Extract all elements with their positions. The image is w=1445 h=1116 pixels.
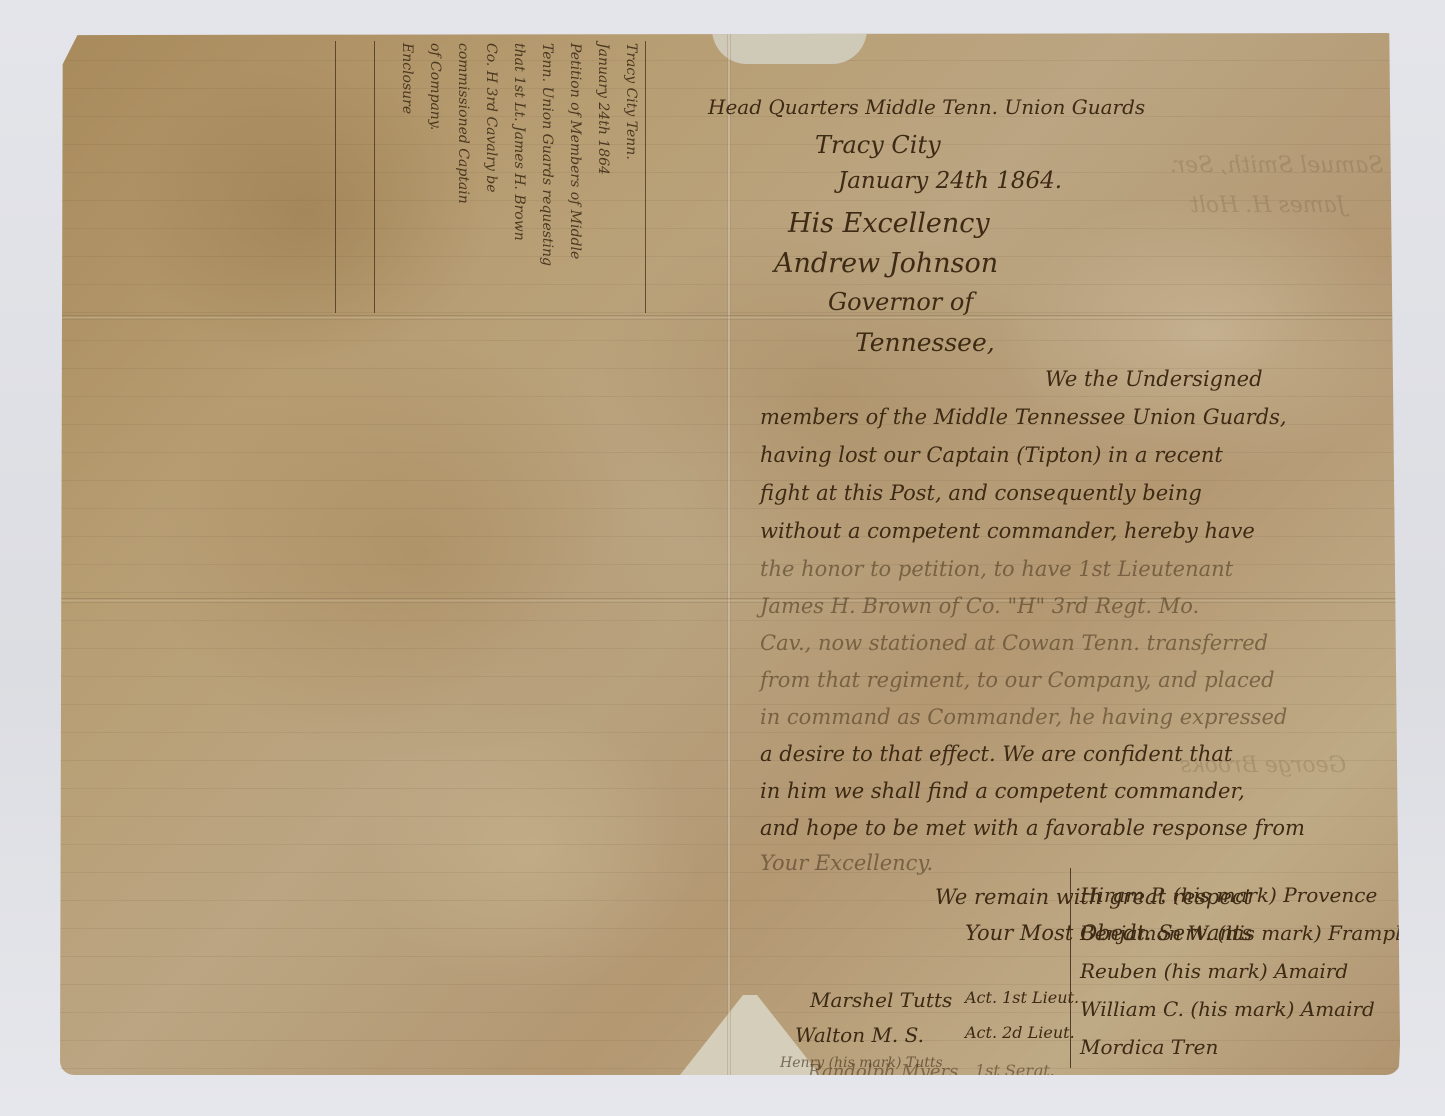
salutation-line4: Tennessee, [855, 328, 995, 357]
body-line: a desire to that effect. We are confiden… [760, 742, 1232, 766]
docket-line: that 1st Lt. James H. Brown [505, 43, 533, 313]
signature-name: Walton M. S. [795, 1023, 924, 1047]
body-line: members of the Middle Tennessee Union Gu… [760, 405, 1287, 429]
body-line: fight at this Post, and consequently bei… [760, 481, 1202, 505]
docket-line: commissioned Captain [449, 43, 477, 313]
body-line: having lost our Captain (Tipton) in a re… [760, 443, 1223, 467]
docket-line: of Company. [421, 43, 449, 313]
body-line: in command as Commander, he having expre… [760, 705, 1287, 729]
top-tear [712, 29, 867, 64]
bleed-through-text: Samuel Smith, Ser. [1170, 153, 1383, 178]
bleed-through-text: James H. Holt [1190, 193, 1346, 218]
docket-line: Enclosure [393, 43, 421, 313]
signature-name: George Myers [780, 1085, 881, 1101]
signature-rank: Act. 2d Lieut. [965, 1023, 1075, 1042]
body-line: and hope to be met with a favorable resp… [760, 816, 1305, 840]
docket-endorsement: Tracy City Tenn. January 24th 1864 Petit… [305, 43, 645, 313]
letter-page: Tracy City Tenn. January 24th 1864 Petit… [60, 33, 1400, 1075]
letter-heading-line1: Head Quarters Middle Tenn. Union Guards [708, 95, 1145, 119]
body-line: James H. Brown of Co. "H" 3rd Regt. Mo. [760, 594, 1199, 618]
signature-name: Reuben (his mark) Amaird [1080, 959, 1348, 983]
signature-rank: Act. 1st Lieut. [965, 988, 1079, 1007]
docket-line: Tracy City Tenn. [617, 43, 645, 313]
signature-rank: 1st Sergt. [975, 1061, 1055, 1080]
docket-line: Tenn. Union Guards requesting [533, 43, 561, 313]
docket-line: January 24th 1864 [589, 43, 617, 313]
body-line: in him we shall find a competent command… [760, 779, 1245, 803]
body-line: Your Excellency. [760, 851, 933, 875]
body-line: Cav., now stationed at Cowan Tenn. trans… [760, 631, 1268, 655]
body-line: from that regiment, to our Company, and … [760, 668, 1275, 692]
signature-name: Marshel Tutts [810, 988, 952, 1012]
signature-name: Benjamon W. (his mark) Frampling [1080, 921, 1434, 945]
docket-line: Petition of Members of Middle [561, 43, 589, 313]
salutation-line2: Andrew Johnson [774, 248, 998, 279]
signature-name: Mordica Tren [1080, 1035, 1218, 1059]
letter-heading-date: January 24th 1864. [838, 168, 1062, 194]
signature-name: Hiram P. (his mark) Provence [1080, 883, 1377, 907]
signature-name: William C. (his mark) Amaird [1080, 997, 1375, 1021]
salutation-line1: His Excellency [788, 208, 990, 239]
body-line: We the Undersigned [1045, 367, 1263, 391]
vertical-fold [727, 33, 731, 1075]
docket-rule-3 [645, 41, 646, 313]
docket-line: Co. H 3rd Cavalry be [477, 43, 505, 313]
horizontal-fold-upper [60, 315, 1400, 320]
letter-heading-place: Tracy City [815, 131, 941, 159]
signature-name: Henry (his mark) Tutts [780, 1055, 943, 1071]
salutation-line3: Governor of [828, 288, 973, 316]
body-line: the honor to petition, to have 1st Lieut… [760, 557, 1233, 581]
body-line: without a competent commander, hereby ha… [760, 519, 1255, 543]
